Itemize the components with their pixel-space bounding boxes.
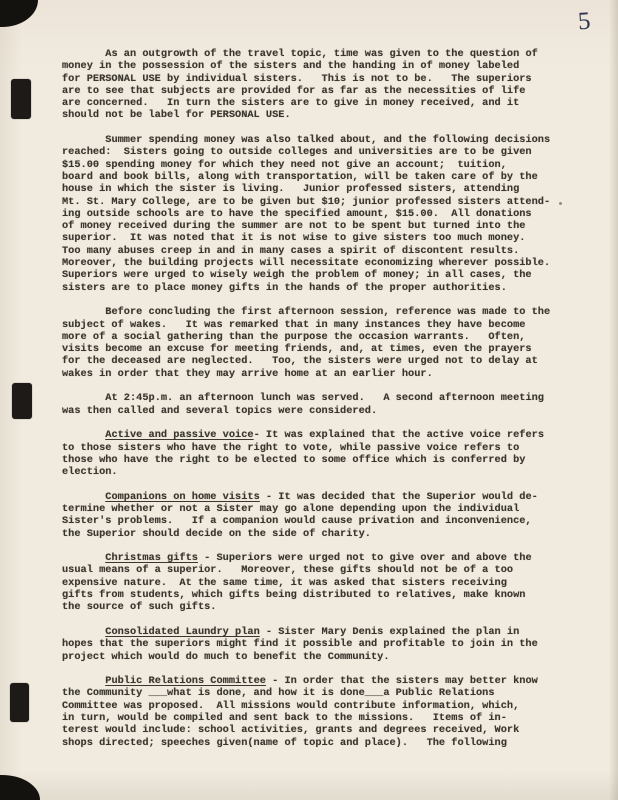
paragraph-afternoon-lunch: At 2:45p.m. an afternoon lunch was serve… [62,392,572,417]
section-heading-active-passive-voice: Active and passive voice [105,429,253,441]
scan-corner-top-left [0,0,38,27]
paragraph-body: At 2:45p.m. an afternoon lunch was serve… [62,392,544,416]
paragraph-indent [62,306,105,318]
paragraph-indent [62,392,105,404]
binding-mark-top [11,79,31,119]
paragraph-consolidated-laundry: Consolidated Laundry plan - Sister Mary … [62,626,572,663]
paragraph-body: As an outgrowth of the travel topic, tim… [62,48,538,121]
paragraph-indent [62,552,105,564]
document-text: As an outgrowth of the travel topic, tim… [62,48,572,761]
paragraph-body: Before concluding the first afternoon se… [62,306,550,379]
paragraph-indent [62,626,105,638]
paragraph-indent [62,134,105,146]
paragraph-summer-spending: Summer spending money was also talked ab… [62,134,572,294]
paragraph-active-passive-voice: Active and passive voice- It was explain… [62,429,572,478]
paragraph-body: - In order that the sisters may better k… [62,675,538,748]
paragraph-indent [62,48,105,60]
paragraph-indent [62,675,105,687]
scanned-document-page: 5 As an outgrowth of the travel topic, t… [0,0,618,800]
paragraph-body: Summer spending money was also talked ab… [62,134,550,294]
page-number: 5 [577,9,591,35]
section-heading-public-relations: Public Relations Committee [105,675,266,687]
paragraph-christmas-gifts: Christmas gifts - Superiors were urged n… [62,552,572,613]
scan-corner-bottom-left [0,775,40,800]
binding-mark-bottom [10,683,29,722]
paragraph-companions-home-visits: Companions on home visits - It was decid… [62,491,572,540]
section-heading-laundry-plan: Consolidated Laundry plan [105,626,259,638]
paragraph-personal-use: As an outgrowth of the travel topic, tim… [62,48,572,122]
paragraph-indent [62,429,105,441]
paragraph-indent [62,491,105,503]
binding-mark-middle [12,383,32,419]
section-heading-companions: Companions on home visits [105,491,259,503]
paragraph-wakes: Before concluding the first afternoon se… [62,306,572,380]
paragraph-public-relations: Public Relations Committee - In order th… [62,675,572,749]
section-heading-christmas-gifts: Christmas gifts [105,552,198,564]
